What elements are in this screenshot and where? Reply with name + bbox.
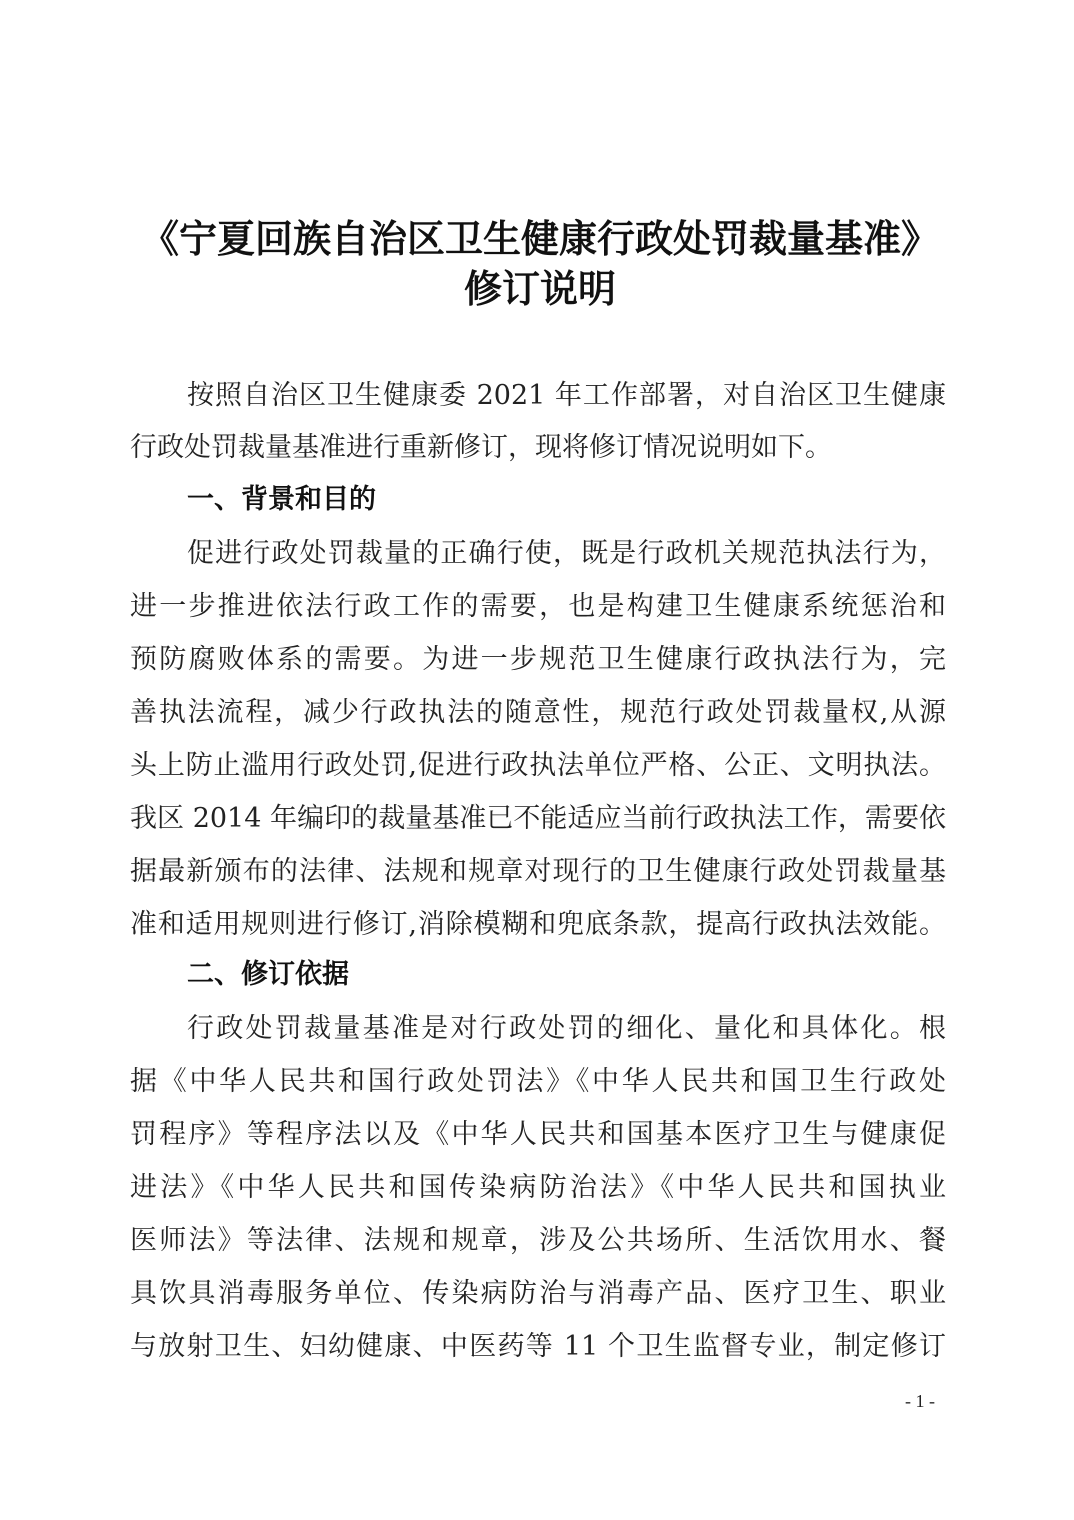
paragraph-line: 具饮具消毒服务单位、传染病防治与消毒产品、医疗卫生、职业 [130,1276,946,1312]
section-heading-basis: 二、修订依据 [187,957,349,993]
intro-line: 按照自治区卫生健康委 2021 年工作部署，对自治区卫生健康 [187,378,946,414]
paragraph-line: 预防腐败体系的需要。为进一步规范卫生健康行政执法行为，完 [130,642,946,678]
paragraph-line: 促进行政处罚裁量的正确行使，既是行政机关规范执法行为， [187,536,946,572]
paragraph-line: 准和适用规则进行修订,消除模糊和兜底条款，提高行政执法效能。 [130,907,946,943]
paragraph-line: 与放射卫生、妇幼健康、中医药等 11 个卫生监督专业，制定修订 [130,1329,946,1365]
paragraph-line: 进一步推进依法行政工作的需要，也是构建卫生健康系统惩治和 [130,589,946,625]
paragraph-line: 善执法流程，减少行政执法的随意性，规范行政处罚裁量权,从源 [130,695,946,731]
document-title: 《宁夏回族自治区卫生健康行政处罚裁量基准》 [120,215,960,263]
intro-line: 行政处罚裁量基准进行重新修订，现将修订情况说明如下。 [130,430,946,466]
page-number: - 1 - [905,1391,935,1412]
paragraph-line: 进法》《中华人民共和国传染病防治法》《中华人民共和国执业 [130,1170,946,1206]
paragraph-line: 罚程序》等程序法以及《中华人民共和国基本医疗卫生与健康促 [130,1117,946,1153]
section-heading-background: 一、背景和目的 [187,482,376,518]
paragraph-line: 据《中华人民共和国行政处罚法》《中华人民共和国卫生行政处 [130,1064,946,1100]
paragraph-line: 据最新颁布的法律、法规和规章对现行的卫生健康行政处罚裁量基 [130,854,946,890]
paragraph-line: 我区 2014 年编印的裁量基准已不能适应当前行政执法工作，需要依 [130,801,946,837]
document-page: 《宁夏回族自治区卫生健康行政处罚裁量基准》 修订说明 按照自治区卫生健康委 20… [0,0,1074,1520]
paragraph-line: 头上防止滥用行政处罚,促进行政执法单位严格、公正、文明执法。 [130,748,946,784]
paragraph-line: 医师法》等法律、法规和规章，涉及公共场所、生活饮用水、餐 [130,1223,946,1259]
paragraph-line: 行政处罚裁量基准是对行政处罚的细化、量化和具体化。根 [187,1011,946,1047]
document-subtitle: 修订说明 [120,265,960,313]
